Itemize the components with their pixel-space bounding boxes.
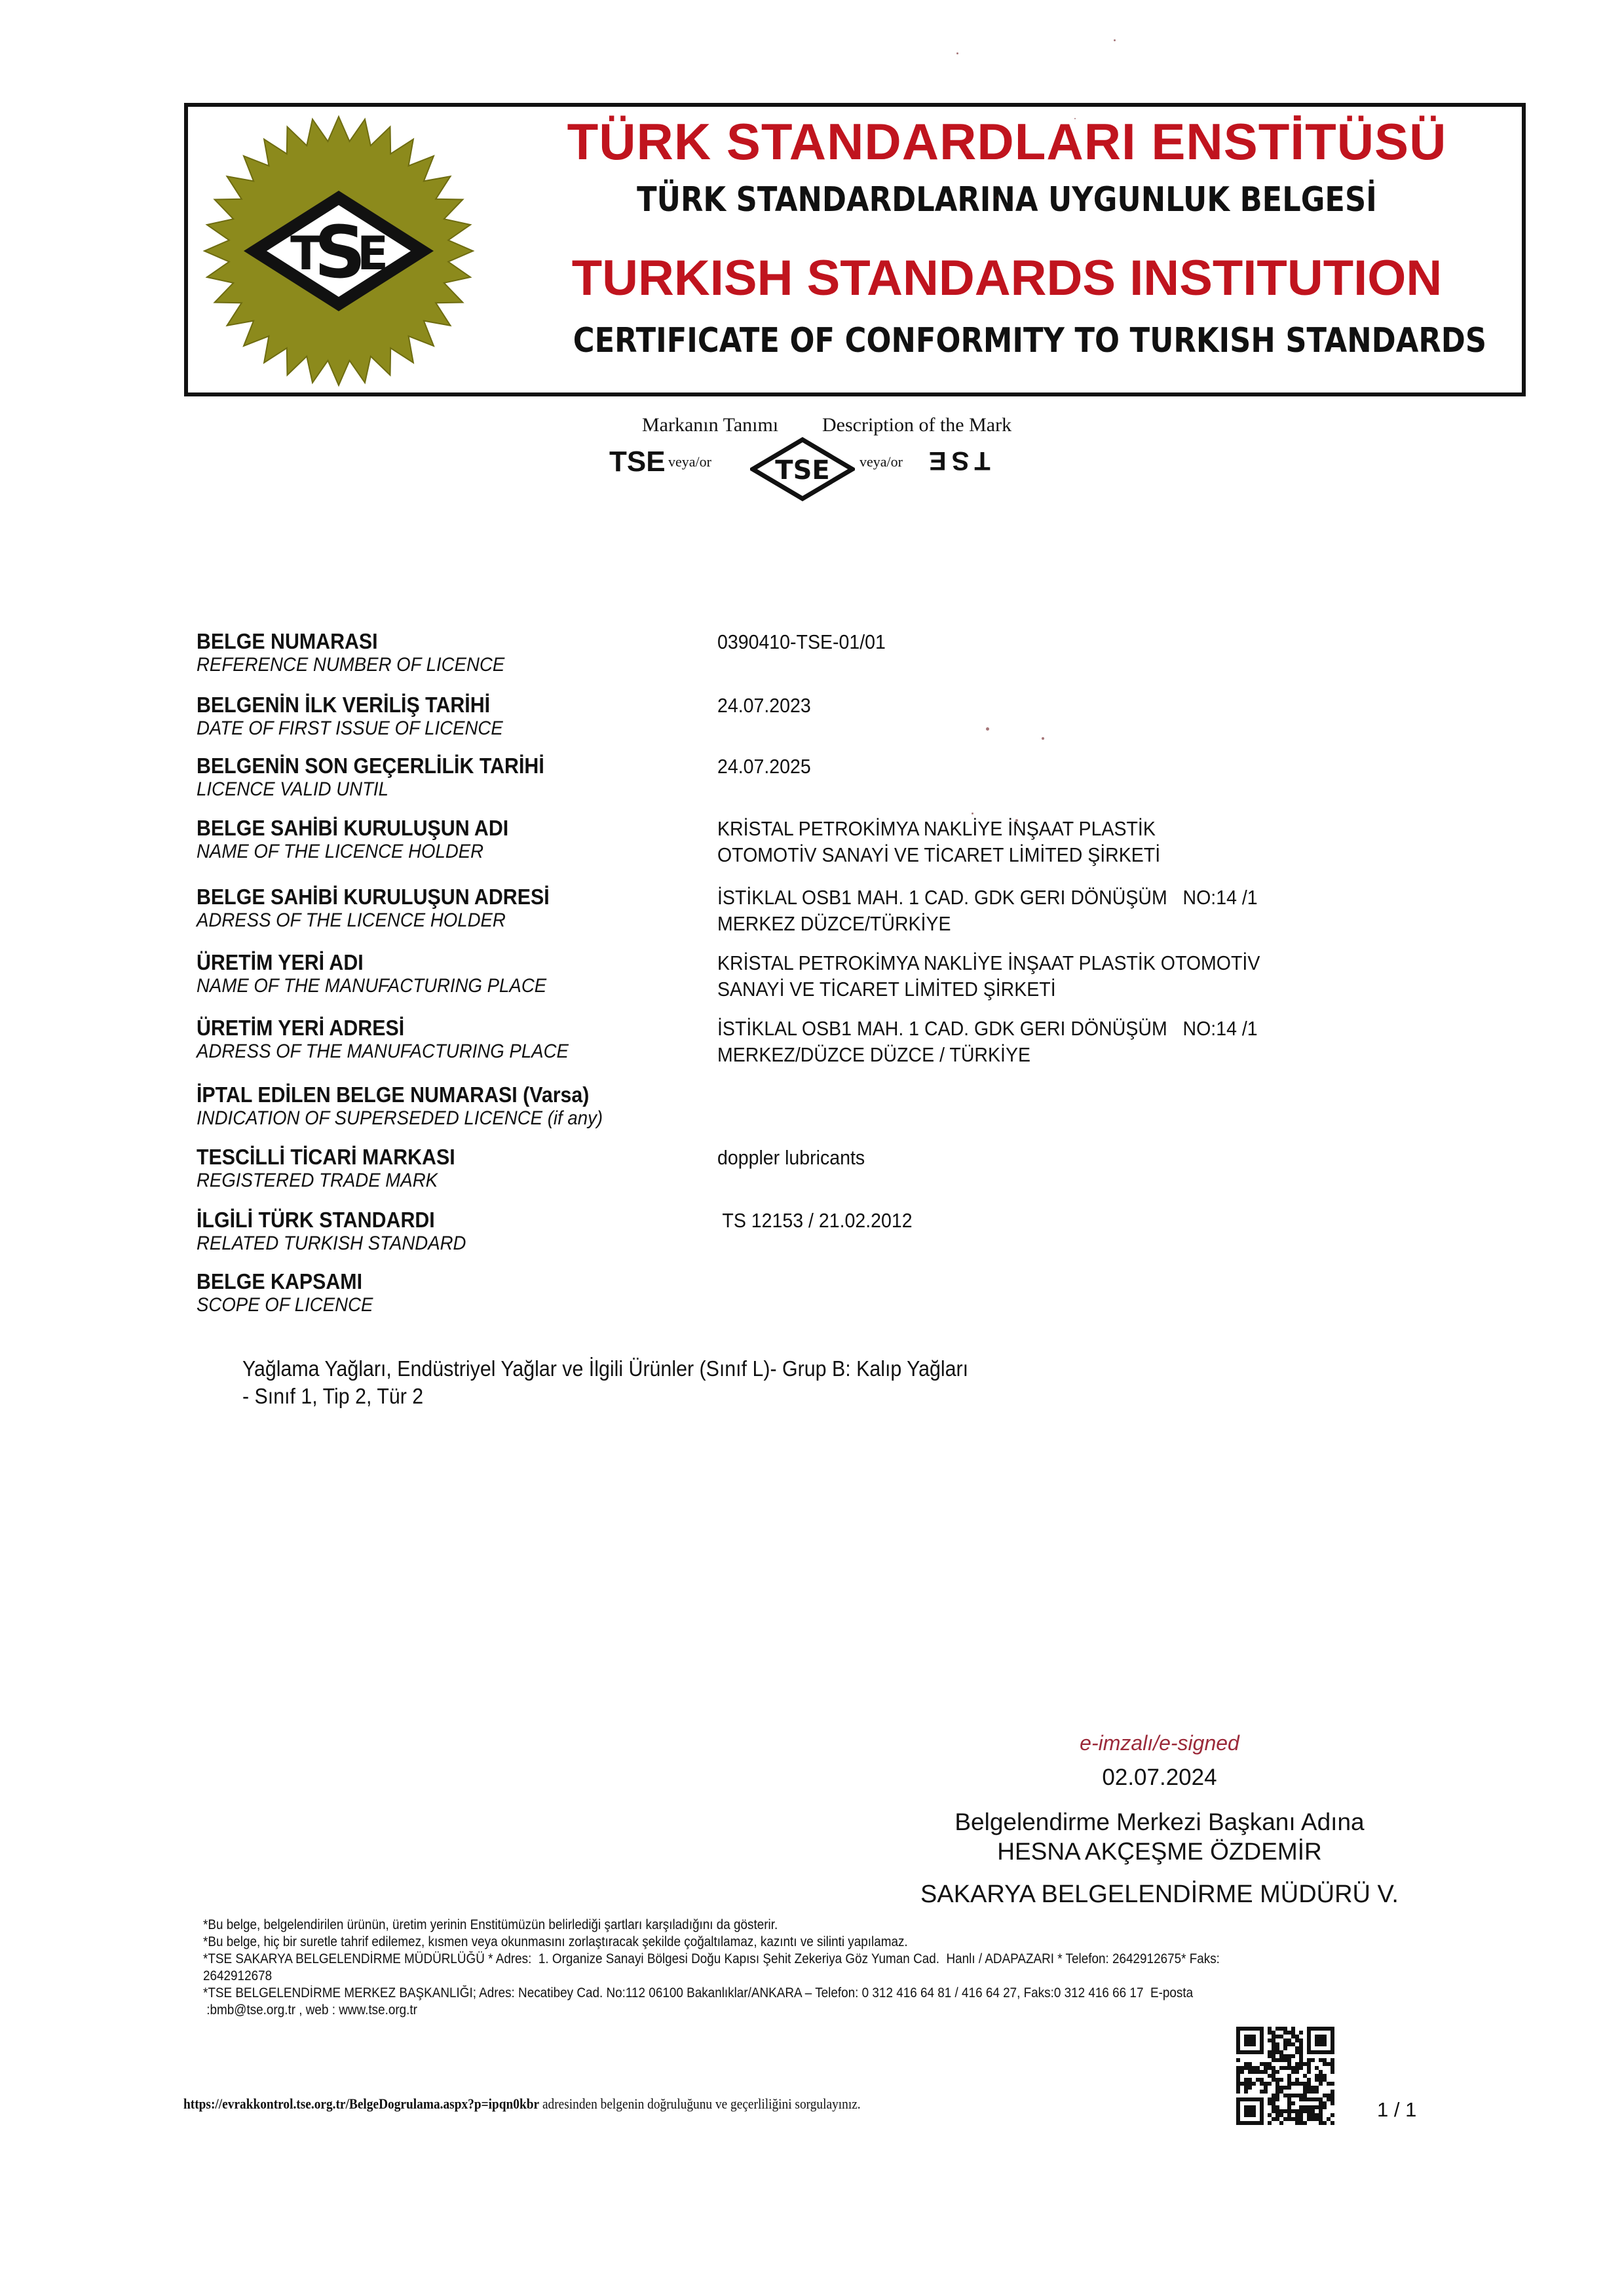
field-value: KRİSTAL PETROKİMYA NAKLİYE İNŞAAT PLASTİ… xyxy=(717,816,1160,868)
footnote-line: *TSE BELGELENDİRME MERKEZ BAŞKANLIĞI; Ad… xyxy=(203,1985,1359,2002)
field-label-en: REFERENCE NUMBER OF LICENCE xyxy=(197,654,504,676)
field-label-tr: BELGE SAHİBİ KURULUŞUN ADI xyxy=(197,816,508,841)
mark-label-tr: Markanın Tanımı xyxy=(642,414,778,436)
scan-artifact xyxy=(1114,39,1116,41)
signatory-title: SAKARYA BELGELENDİRME MÜDÜRÜ V. xyxy=(865,1881,1454,1909)
footnotes: *Bu belge, belgelendirilen ürünün, üreti… xyxy=(203,1917,1487,2019)
signature-date: 02.07.2024 xyxy=(865,1765,1454,1791)
certificate-title-tr: TÜRK STANDARDLARINA UYGUNLUK BELGESİ xyxy=(573,180,1441,220)
mark-plain: TSE xyxy=(609,446,666,478)
svg-text:TSE: TSE xyxy=(775,455,829,486)
mark-or-2: veya/or xyxy=(859,453,903,470)
scope-of-licence-text: Yağlama Yağları, Endüstriyel Yağlar ve İ… xyxy=(242,1355,968,1410)
signatory-name: HESNA AKÇEŞME ÖZDEMİR xyxy=(865,1838,1454,1865)
field-label-en: ADRESS OF THE LICENCE HOLDER xyxy=(197,909,506,932)
scan-artifact xyxy=(1074,118,1076,119)
field-label-tr: BELGENİN SON GEÇERLİLİK TARİHİ xyxy=(197,754,544,778)
field-label-tr: İLGİLİ TÜRK STANDARDI xyxy=(197,1208,435,1233)
certificate-title-en: CERTIFICATE OF CONFORMITY TO TURKISH STA… xyxy=(573,321,1441,360)
field-label-en: SCOPE OF LICENCE xyxy=(197,1294,373,1316)
verification-url[interactable]: https://evrakkontrol.tse.org.tr/BelgeDog… xyxy=(183,2095,539,2112)
footnote-line: *Bu belge, hiç bir suretle tahrif edilem… xyxy=(203,1934,1359,1951)
field-value: doppler lubricants xyxy=(717,1145,865,1171)
mark-label-en: Description of the Mark xyxy=(822,414,1011,436)
certificate-header: TSE TÜRK STANDARDLARI ENSTİTÜSÜ TÜRK STA… xyxy=(184,103,1526,396)
institute-title-tr: TÜRK STANDARDLARI ENSTİTÜSÜ xyxy=(502,112,1511,172)
mark-or-1: veya/or xyxy=(668,453,711,470)
field-value: 0390410-TSE-01/01 xyxy=(717,629,886,655)
page-number: 1 / 1 xyxy=(1377,2098,1416,2122)
tse-diamond-mark-icon: TSE xyxy=(750,437,855,501)
field-label-tr: ÜRETİM YERİ ADRESİ xyxy=(197,1016,404,1041)
e-signed-label: e-imzalı/e-signed xyxy=(865,1731,1454,1755)
field-label-en: DATE OF FIRST ISSUE OF LICENCE xyxy=(197,717,503,740)
field-label-tr: BELGENİN İLK VERİLİŞ TARİHİ xyxy=(197,693,490,717)
tse-seal-logo-icon: TSE xyxy=(201,113,476,389)
field-label-en: REGISTERED TRADE MARK xyxy=(197,1170,438,1192)
mark-stylized-icon: TSE xyxy=(924,446,991,475)
field-value: TS 12153 / 21.02.2012 xyxy=(717,1208,913,1234)
field-label-tr: BELGE SAHİBİ KURULUŞUN ADRESİ xyxy=(197,885,550,909)
signatory-on-behalf: Belgelendirme Merkezi Başkanı Adına xyxy=(865,1808,1454,1836)
field-label-en: INDICATION OF SUPERSEDED LICENCE (if any… xyxy=(197,1107,603,1130)
footnote-line: *Bu belge, belgelendirilen ürünün, üreti… xyxy=(203,1917,1359,1934)
field-label-tr: BELGE NUMARASI xyxy=(197,629,378,654)
scan-artifact xyxy=(956,52,958,54)
field-value: İSTİKLAL OSB1 MAH. 1 CAD. GDK GERI DÖNÜŞ… xyxy=(717,1016,1258,1068)
scan-artifact xyxy=(996,197,998,199)
field-label-tr: ÜRETİM YERİ ADI xyxy=(197,950,364,975)
field-value: 24.07.2023 xyxy=(717,693,811,719)
field-label-tr: İPTAL EDİLEN BELGE NUMARASI (Varsa) xyxy=(197,1082,589,1107)
scan-artifact xyxy=(972,813,973,814)
field-label-en: ADRESS OF THE MANUFACTURING PLACE xyxy=(197,1041,569,1063)
footnote-line: 2642912678 xyxy=(203,1968,1359,1985)
scan-artifact xyxy=(1015,819,1018,822)
field-value: KRİSTAL PETROKİMYA NAKLİYE İNŞAAT PLASTİ… xyxy=(717,950,1260,1003)
footnote-line: :bmb@tse.org.tr , web : www.tse.org.tr xyxy=(203,2002,1359,2019)
field-value: İSTİKLAL OSB1 MAH. 1 CAD. GDK GERI DÖNÜŞ… xyxy=(717,885,1258,937)
field-label-tr: BELGE KAPSAMI xyxy=(197,1269,362,1294)
qr-code-icon[interactable] xyxy=(1236,2027,1334,2125)
field-value: 24.07.2025 xyxy=(717,754,811,780)
scan-artifact xyxy=(1042,737,1044,740)
field-label-tr: TESCİLLİ TİCARİ MARKASI xyxy=(197,1145,455,1170)
field-label-en: NAME OF THE LICENCE HOLDER xyxy=(197,841,483,863)
footnote-line: *TSE SAKARYA BELGELENDİRME MÜDÜRLÜĞÜ * A… xyxy=(203,1951,1359,1968)
institute-title-en: TURKISH STANDARDS INSTITUTION xyxy=(502,250,1511,307)
field-label-en: NAME OF THE MANUFACTURING PLACE xyxy=(197,975,546,997)
verification-text: adresinden belgenin doğruluğunu ve geçer… xyxy=(539,2095,861,2112)
verification-line: https://evrakkontrol.tse.org.tr/BelgeDog… xyxy=(183,2095,861,2113)
scan-artifact xyxy=(986,727,989,731)
field-label-en: LICENCE VALID UNTIL xyxy=(197,778,388,801)
mark-description: Markanın Tanımı Description of the Mark … xyxy=(590,408,1048,506)
field-label-en: RELATED TURKISH STANDARD xyxy=(197,1233,466,1255)
